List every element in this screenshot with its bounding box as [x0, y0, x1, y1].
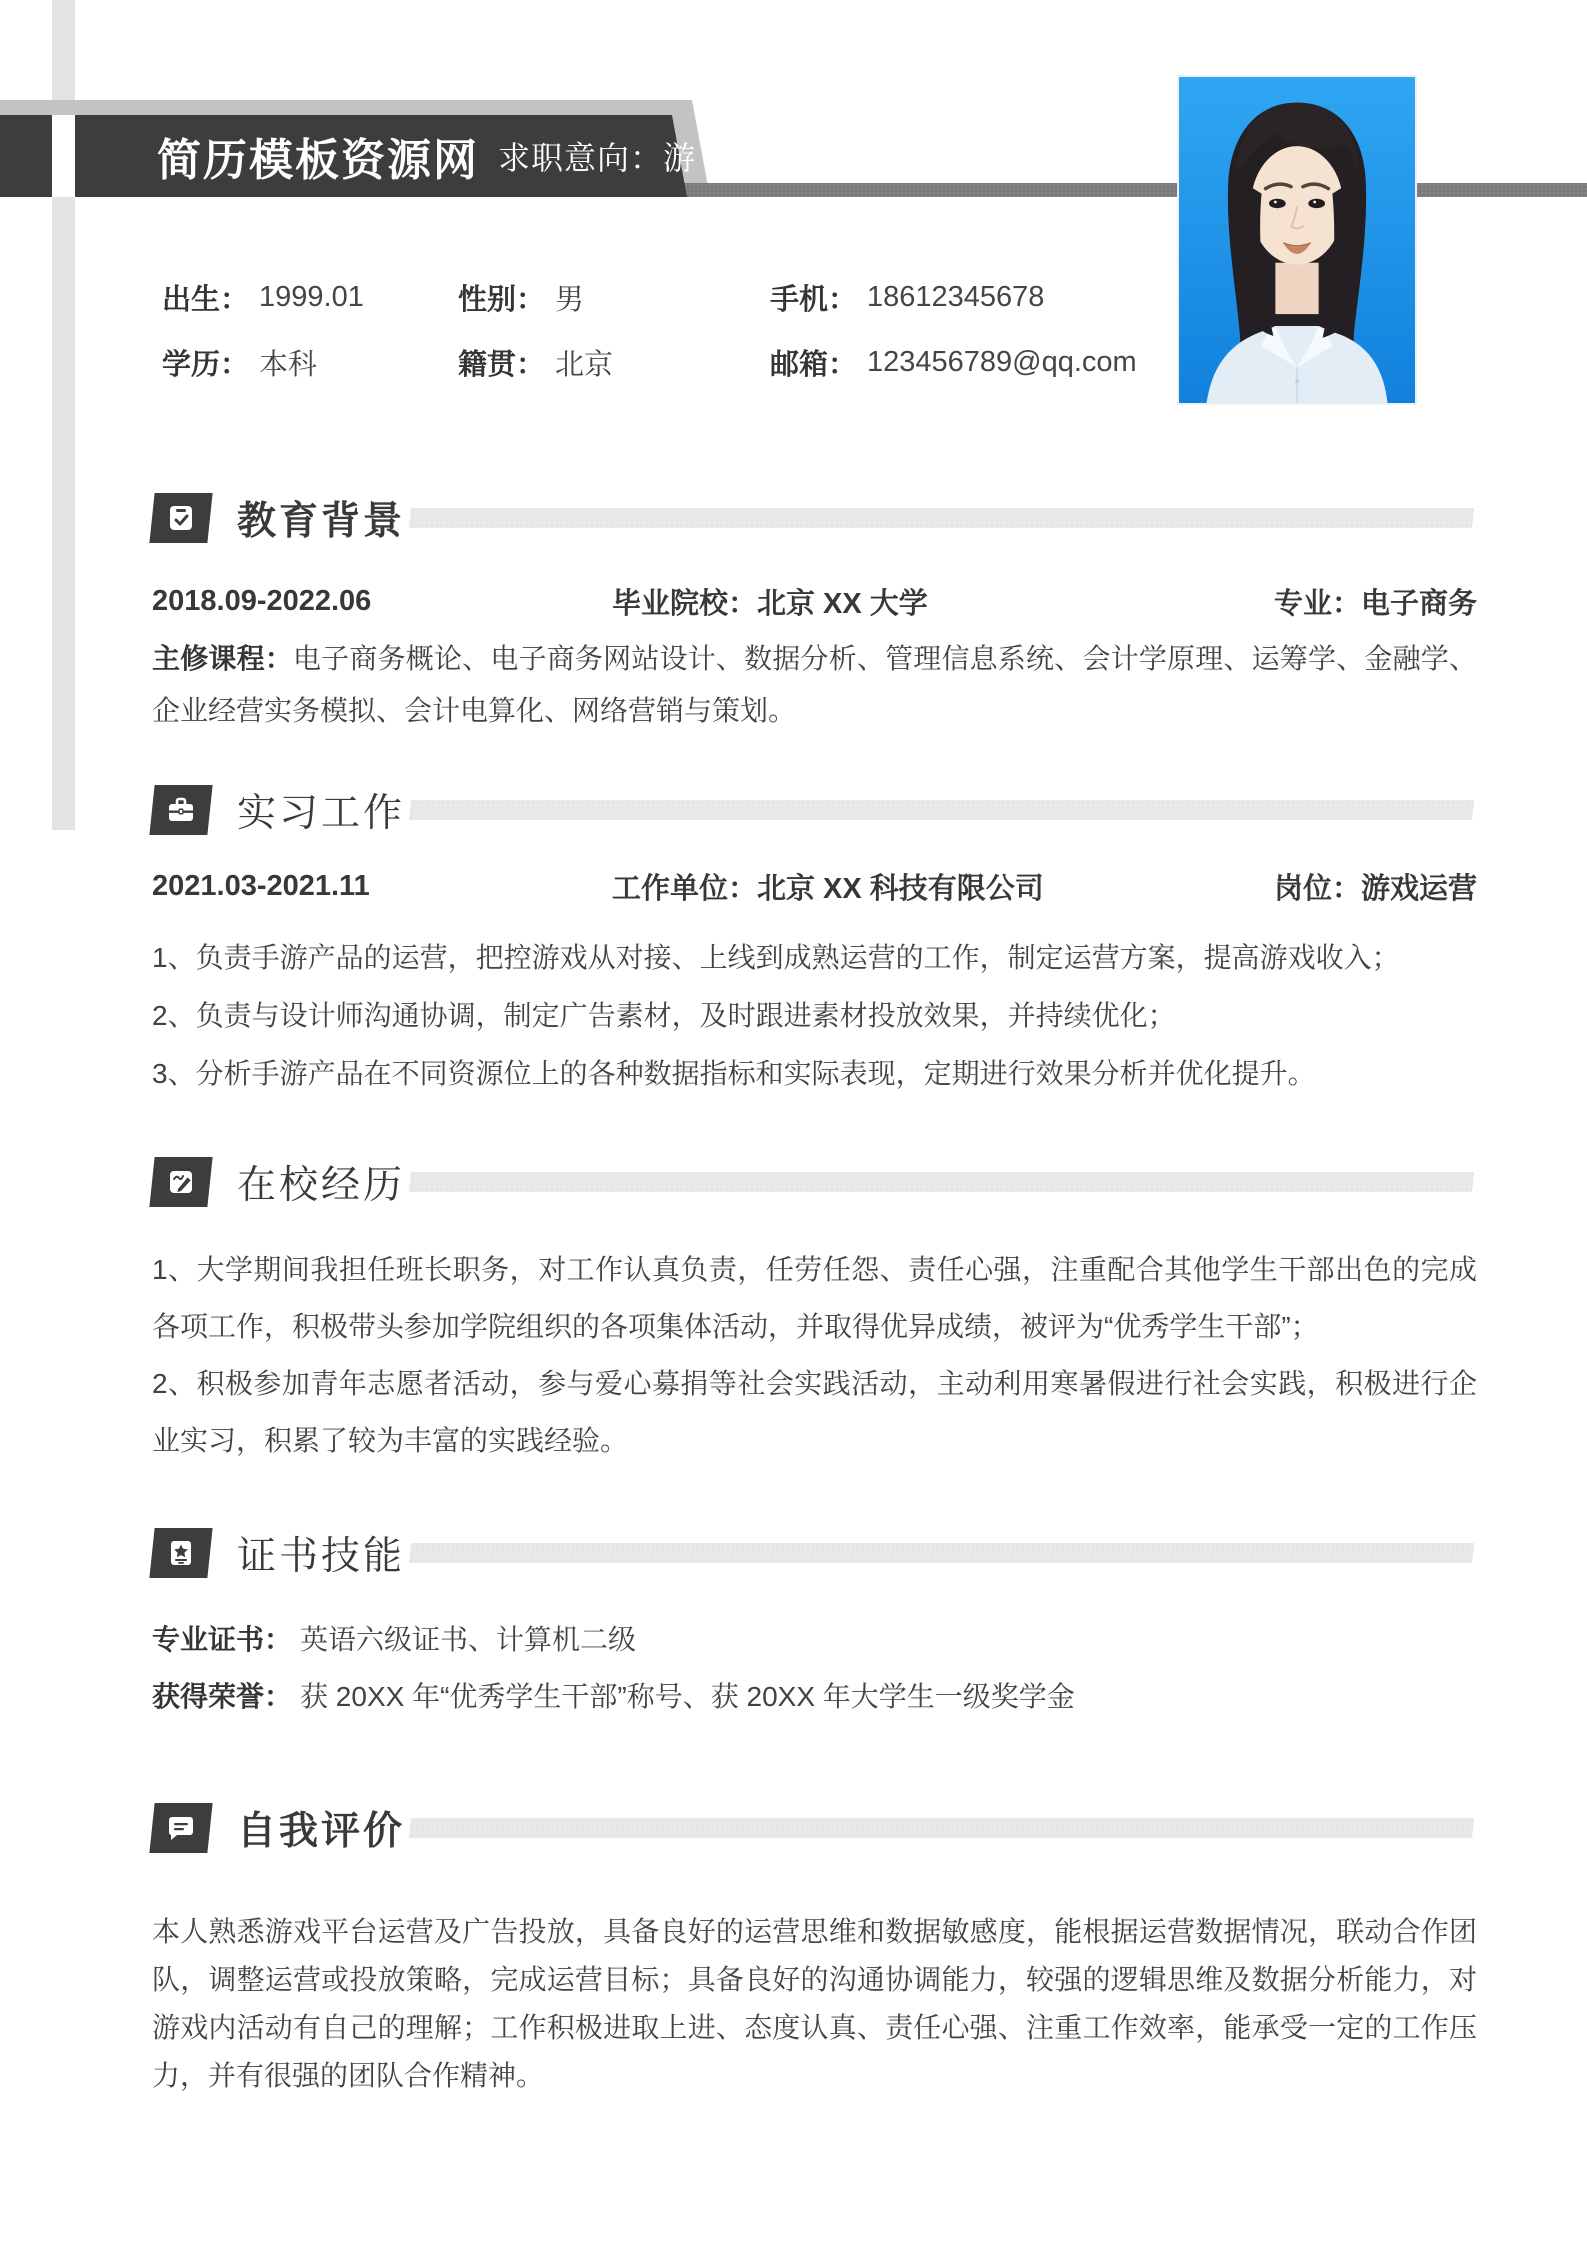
personal-info-row: 出生： 1999.01 性别： 男 手机： 18612345678 [162, 280, 1044, 314]
honors-text: 获 20XX 年“优秀学生干部”称号、获 20XX 年大学生一级奖学金 [300, 1675, 1075, 1715]
education-major: 专业：电子商务 [1274, 581, 1477, 622]
section-header-education: 教育背景 [152, 493, 1477, 543]
section-title-bar [409, 1543, 1474, 1563]
pen-note-icon [166, 1167, 196, 1197]
courses-text: 电子商务概论、电子商务网站设计、数据分析、管理信息系统、会计学原理、运筹学、金融… [152, 643, 1477, 726]
honors-line: 获得荣誉： 获 20XX 年“优秀学生干部”称号、获 20XX 年大学生一级奖学… [152, 1679, 1477, 1711]
left-vertical-stripe-overlap [52, 115, 75, 197]
section-title-bar [409, 1818, 1474, 1838]
internship-duty-item: 3、分析手游产品在不同资源位上的各种数据指标和实际表现，定期进行效果分析并优化提… [152, 1045, 1477, 1103]
section-header-campus: 在校经历 [152, 1157, 1477, 1207]
email-value: 123456789@qq.com [867, 346, 1137, 379]
certificate-star-icon [166, 1538, 196, 1568]
id-photo-graphic [1179, 77, 1415, 403]
self-evaluation-text: 本人熟悉游戏平台运营及广告投放，具备良好的运营思维和数据敏感度，能根据运营数据情… [152, 1908, 1477, 2100]
campus-experience-item: 1、大学期间我担任班长职务，对工作认真负责，任劳任怨、责任心强，注重配合其他学生… [152, 1241, 1477, 1355]
section-title-self-evaluation: 自我评价 [237, 1803, 405, 1853]
email-field: 邮箱： 123456789@qq.com [770, 342, 1137, 383]
section-seal [149, 785, 212, 835]
email-label: 邮箱： [770, 342, 857, 383]
certificates-line: 专业证书： 英语六级证书、计算机二级 [152, 1622, 1477, 1654]
phone-field: 手机： 18612345678 [770, 277, 1044, 318]
hometown-value: 北京 [555, 342, 613, 383]
gender-field: 性别： 男 [458, 277, 770, 318]
section-title-education: 教育背景 [237, 493, 405, 543]
section-title-campus: 在校经历 [237, 1157, 405, 1207]
personal-info-row: 学历： 本科 籍贯： 北京 邮箱： 123456789@qq.com [162, 345, 1137, 379]
section-seal [149, 1528, 212, 1578]
birth-label: 出生： [162, 277, 249, 318]
internship-position: 岗位：游戏运营 [1274, 866, 1477, 907]
certificates-label: 专业证书： [152, 1618, 292, 1658]
job-intention: 求职意向：游 [498, 115, 696, 197]
campus-experience-item: 2、积极参加青年志愿者活动，参与爱心募捐等社会实践活动，主动利用寒暑假进行社会实… [152, 1355, 1477, 1469]
education-level-value: 本科 [259, 342, 317, 383]
section-title-bar [409, 508, 1474, 528]
hometown-label: 籍贯： [458, 342, 545, 383]
phone-value: 18612345678 [867, 281, 1044, 314]
section-title-certificates: 证书技能 [237, 1528, 405, 1578]
education-dates: 2018.09-2022.06 [152, 585, 612, 618]
internship-duty-item: 2、负责与设计师沟通协调，制定广告素材，及时跟进素材投放效果，并持续优化； [152, 987, 1477, 1045]
resume-page: 简历模板资源网 求职意向：游 [0, 0, 1587, 2245]
section-header-certificates: 证书技能 [152, 1528, 1477, 1578]
certificates-text: 英语六级证书、计算机二级 [300, 1618, 636, 1658]
section-title-internship: 实习工作 [237, 785, 405, 835]
section-title-bar [409, 1172, 1474, 1192]
birth-field: 出生： 1999.01 [162, 277, 458, 318]
section-seal [149, 493, 212, 543]
section-seal [149, 1803, 212, 1853]
internship-duties: 1、负责手游产品的运营，把控游戏从对接、上线到成熟运营的工作，制定运营方案，提高… [152, 929, 1477, 1103]
briefcase-icon [166, 795, 196, 825]
courses-label: 主修课程： [152, 643, 293, 674]
birth-value: 1999.01 [259, 281, 364, 314]
id-photo [1177, 75, 1417, 405]
phone-label: 手机： [770, 277, 857, 318]
speech-bubble-icon [166, 1813, 196, 1843]
education-school: 毕业院校：北京 XX 大学 [612, 581, 928, 622]
section-header-internship: 实习工作 [152, 785, 1477, 835]
internship-duty-item: 1、负责手游产品的运营，把控游戏从对接、上线到成熟运营的工作，制定运营方案，提高… [152, 929, 1477, 987]
section-title-bar [409, 800, 1474, 820]
internship-company: 工作单位：北京 XX 科技有限公司 [612, 866, 1044, 907]
education-level-field: 学历： 本科 [162, 342, 458, 383]
section-seal [149, 1157, 212, 1207]
internship-summary-row: 2021.03-2021.11 工作单位：北京 XX 科技有限公司 岗位：游戏运… [152, 870, 1477, 902]
section-header-self-evaluation: 自我评价 [152, 1803, 1477, 1853]
education-courses: 主修课程：电子商务概论、电子商务网站设计、数据分析、管理信息系统、会计学原理、运… [152, 633, 1477, 737]
clipboard-check-icon [166, 503, 196, 533]
education-level-label: 学历： [162, 342, 249, 383]
education-summary-row: 2018.09-2022.06 毕业院校：北京 XX 大学 专业：电子商务 [152, 585, 1477, 617]
honors-label: 获得荣誉： [152, 1675, 292, 1715]
campus-experience: 1、大学期间我担任班长职务，对工作认真负责，任劳任怨、责任心强，注重配合其他学生… [152, 1241, 1477, 1469]
internship-dates: 2021.03-2021.11 [152, 870, 612, 903]
hometown-field: 籍贯： 北京 [458, 342, 770, 383]
gender-label: 性别： [458, 277, 545, 318]
gender-value: 男 [555, 277, 584, 318]
site-title: 简历模板资源网 [157, 115, 479, 197]
